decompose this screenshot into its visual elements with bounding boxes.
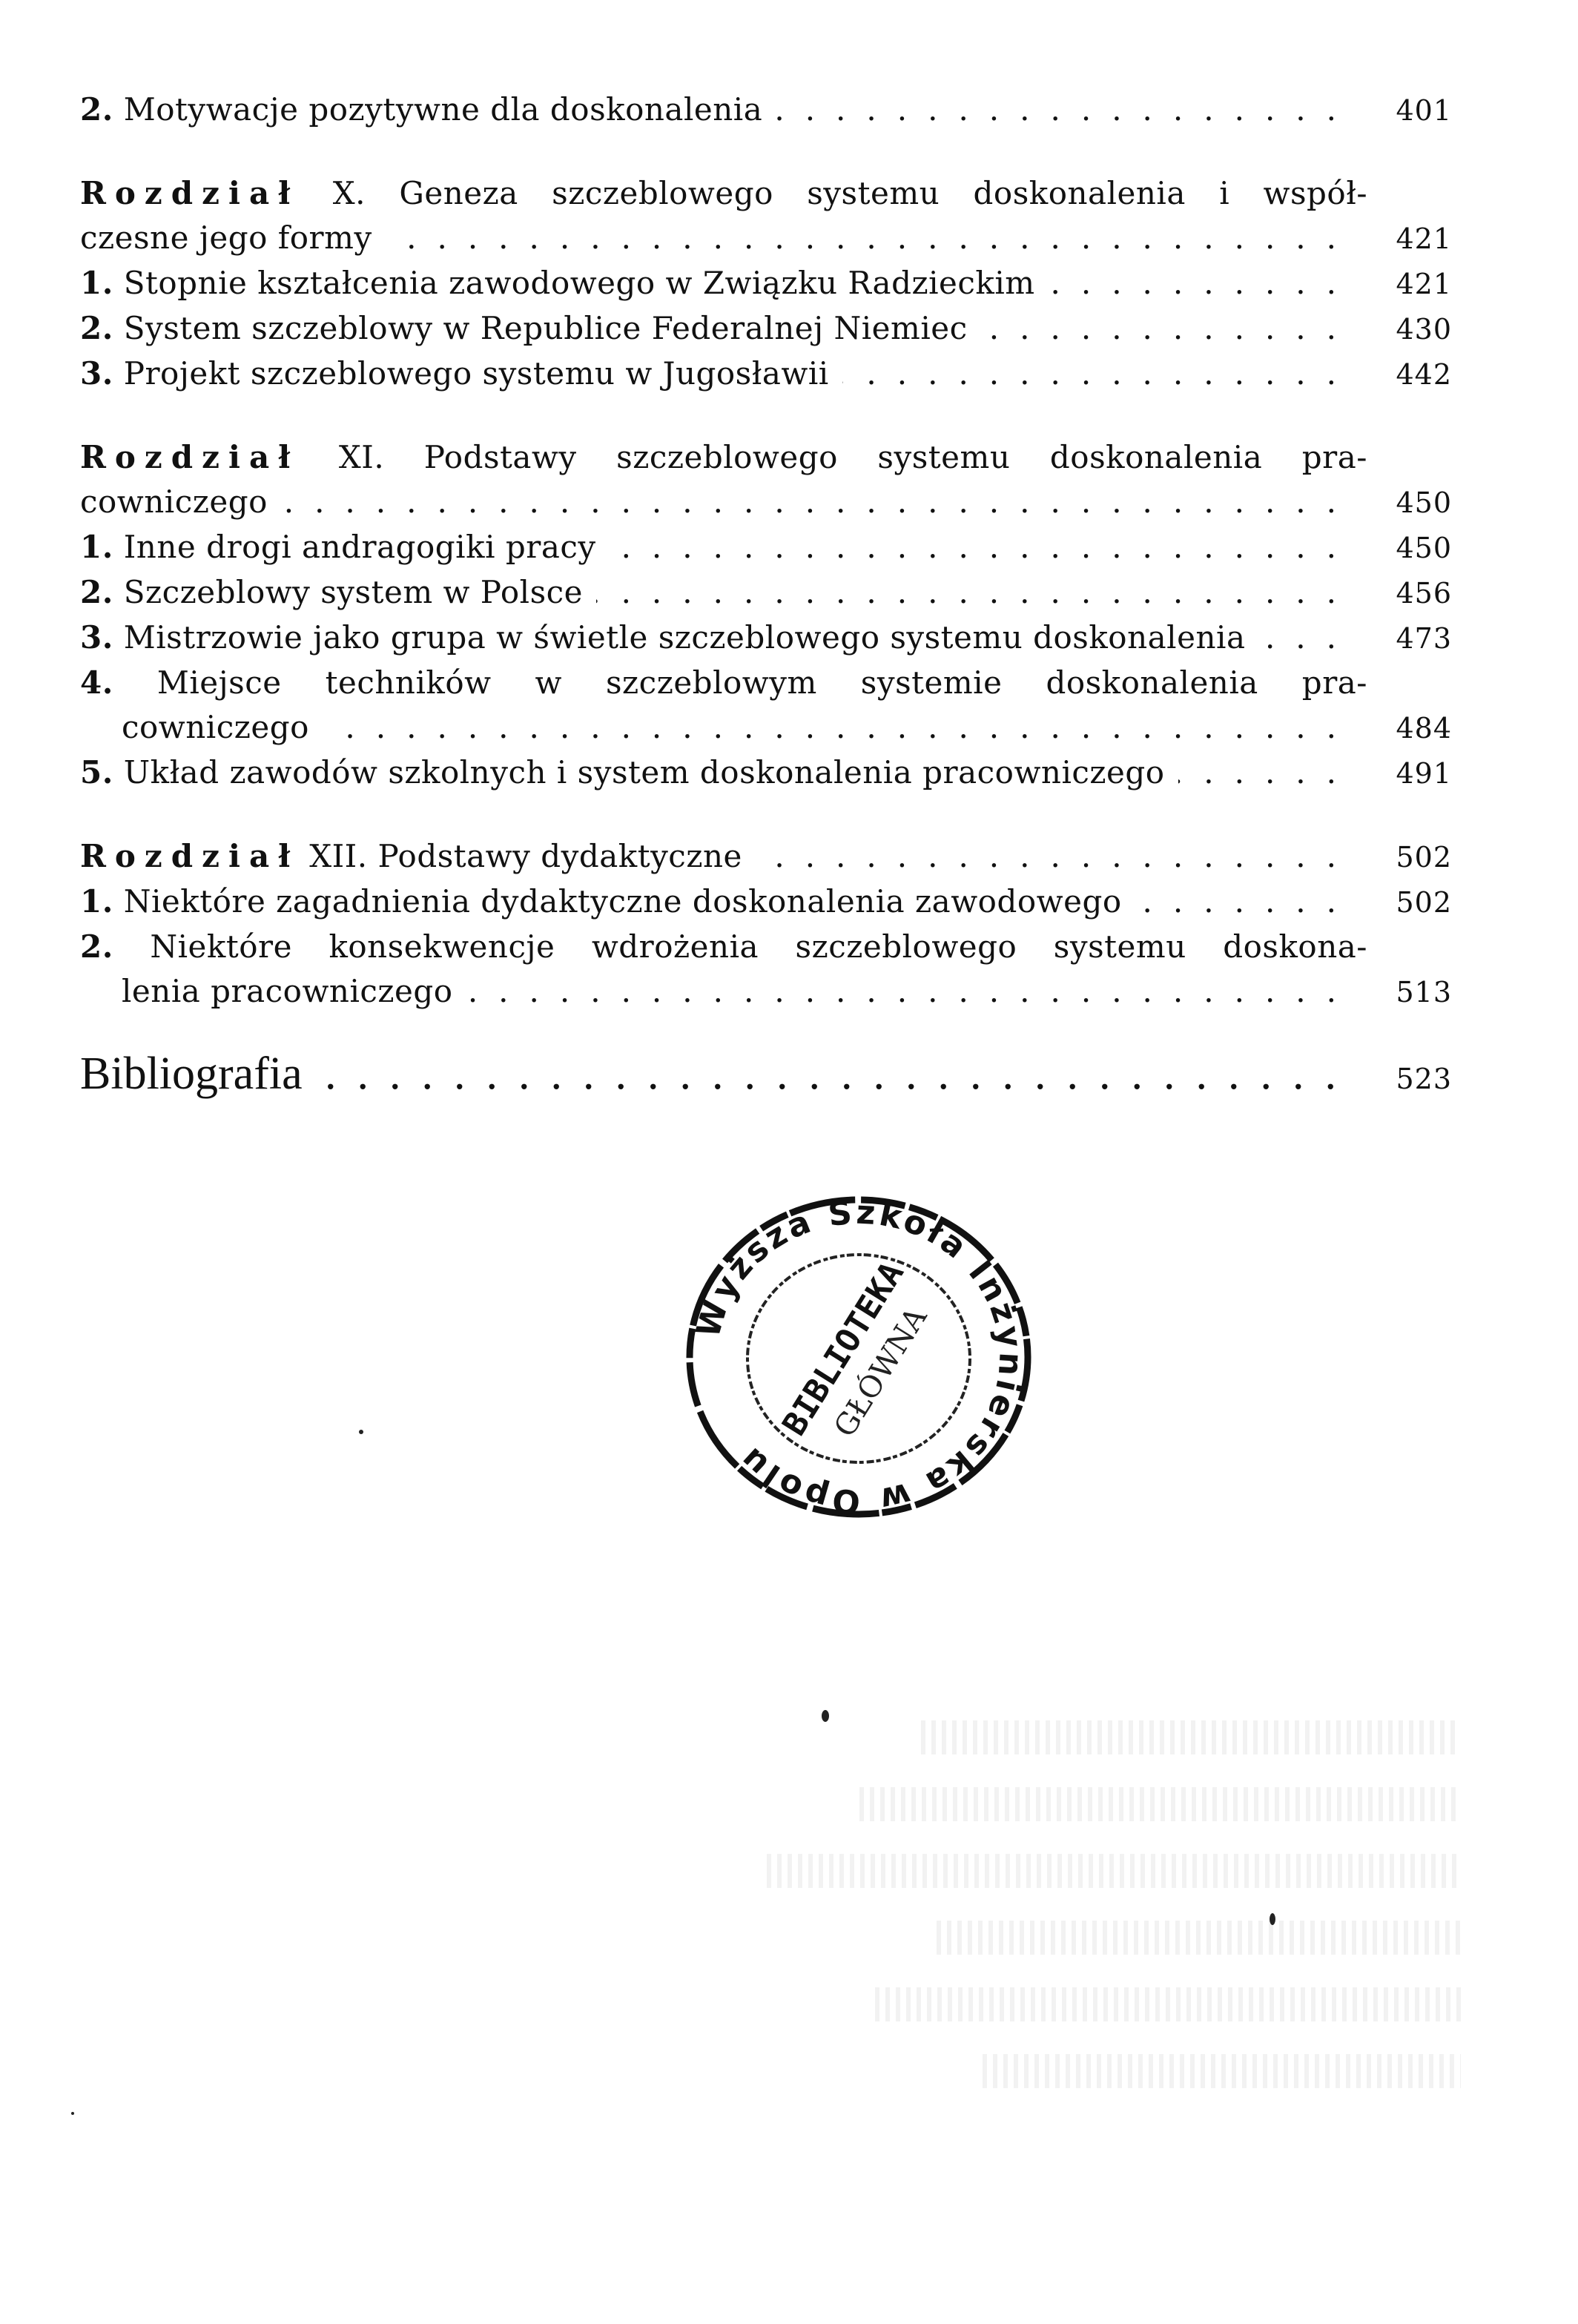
toc-line: lenia pracowniczego.....................… bbox=[80, 969, 1452, 1014]
entry-title-text: Podstawy szczeblowego systemu doskonalen… bbox=[424, 439, 1367, 475]
toc-line: 2. Motywacje pozytywne dla doskonalenia.… bbox=[80, 88, 1452, 133]
page-number: 513 bbox=[1370, 970, 1452, 1014]
page-number: 450 bbox=[1370, 481, 1452, 525]
toc-entry-xii-1: 1. Niektóre zagadnienia dydaktyczne dosk… bbox=[80, 879, 1452, 925]
toc-line: 5. Układ zawodów szkolnych i system dosk… bbox=[80, 750, 1452, 796]
entry-number: X. bbox=[333, 175, 366, 211]
entry-title-text: Układ zawodów szkolnych i system doskona… bbox=[124, 754, 1165, 790]
dot-leader: ........................................… bbox=[316, 1043, 1357, 1105]
toc-line: cowniczego..............................… bbox=[80, 705, 1452, 750]
toc-title: 1. Stopnie kształcenia zawodowego w Zwią… bbox=[80, 261, 1035, 306]
toc-line-continued: 2. Niektóre konsekwencje wdrożenia szcze… bbox=[80, 925, 1452, 969]
toc-line: 1. Stopnie kształcenia zawodowego w Zwią… bbox=[80, 261, 1452, 306]
page-number: 484 bbox=[1370, 706, 1452, 750]
dot-leader: ........................................… bbox=[1259, 615, 1358, 660]
entry-title-text: Mistrzowie jako grupa w świetle szczeblo… bbox=[124, 619, 1246, 656]
entry-title-text: Niektóre zagadnienia dydaktyczne doskona… bbox=[124, 883, 1122, 920]
toc-entry-ch-xi: Rozdział XI. Podstawy szczeblowego syste… bbox=[80, 435, 1452, 525]
chapter-label: Rozdział bbox=[80, 838, 299, 874]
entry-number: 2. bbox=[80, 91, 113, 128]
entry-title-text: Projekt szczeblowego systemu w Jugosławi… bbox=[124, 355, 829, 392]
entry-number: 2. bbox=[80, 574, 113, 610]
entry-number: 1. bbox=[80, 265, 113, 301]
toc-entry-xii-2: 2. Niektóre konsekwencje wdrożenia szcze… bbox=[80, 925, 1452, 1014]
page-number: 450 bbox=[1370, 526, 1452, 570]
toc-entry-ch-xii: Rozdział XII. Podstawy dydaktyczne......… bbox=[80, 834, 1452, 879]
toc-entry-x-1: 1. Stopnie kształcenia zawodowego w Zwią… bbox=[80, 261, 1452, 306]
entry-number: 1. bbox=[80, 529, 113, 565]
entry-number: XI. bbox=[339, 439, 384, 475]
page-number: 456 bbox=[1370, 571, 1452, 615]
toc-title: 5. Układ zawodów szkolnych i system dosk… bbox=[80, 750, 1165, 795]
ink-speck bbox=[359, 1430, 363, 1434]
library-stamp: Wyższa Szkoła Inżynierska w Opolu BIBLIO… bbox=[673, 1186, 1044, 1528]
entry-number: XII. bbox=[309, 838, 367, 874]
toc-line: 1. Inne drogi andragogiki pracy.........… bbox=[80, 525, 1452, 570]
chapter-label: Rozdział bbox=[80, 439, 299, 475]
entry-number: 3. bbox=[80, 355, 113, 392]
toc-line-continued: Rozdział X. Geneza szczeblowego systemu … bbox=[80, 171, 1452, 216]
page-number: 442 bbox=[1370, 352, 1452, 397]
entry-title-text: Szczeblowy system w Polsce bbox=[124, 574, 583, 610]
entry-number: 4. bbox=[80, 664, 113, 701]
toc-title: Rozdział XII. Podstawy dydaktyczne bbox=[80, 834, 742, 879]
toc-entry-ix-2: 2. Motywacje pozytywne dla doskonalenia.… bbox=[80, 88, 1452, 133]
entry-title-text: cowniczego bbox=[80, 483, 268, 520]
entry-title-text: cowniczego bbox=[122, 709, 309, 745]
toc-entry-xi-2: 2. Szczeblowy system w Polsce...........… bbox=[80, 570, 1452, 615]
page-number: 473 bbox=[1370, 616, 1452, 661]
toc-title: 1. Niektóre zagadnienia dydaktyczne dosk… bbox=[80, 879, 1122, 924]
entry-number: 1. bbox=[80, 883, 113, 920]
dot-leader: ........................................… bbox=[776, 88, 1357, 132]
page-number: 502 bbox=[1370, 835, 1452, 879]
toc-title: cowniczego bbox=[80, 480, 268, 524]
page-number: 421 bbox=[1370, 217, 1452, 261]
toc-line: 3. Projekt szczeblowego systemu w Jugosł… bbox=[80, 351, 1452, 397]
toc-title: czesne jego formy bbox=[80, 216, 372, 260]
dot-leader: ........................................… bbox=[466, 969, 1357, 1014]
toc-line: 3. Mistrzowie jako grupa w świetle szcze… bbox=[80, 615, 1452, 661]
toc-title: 2. Niektóre konsekwencje wdrożenia szcze… bbox=[80, 925, 1367, 969]
toc-title: 3. Mistrzowie jako grupa w świetle szcze… bbox=[80, 615, 1246, 660]
toc-entry-xi-3: 3. Mistrzowie jako grupa w świetle szcze… bbox=[80, 615, 1452, 661]
toc-title: Bibliografia bbox=[80, 1043, 303, 1105]
toc-line: czesne jego formy.......................… bbox=[80, 216, 1452, 261]
dot-leader: ........................................… bbox=[323, 705, 1357, 750]
dot-leader: ........................................… bbox=[610, 525, 1357, 570]
entry-title-text: lenia pracowniczego bbox=[122, 973, 453, 1009]
entry-title-text: Podstawy dydaktyczne bbox=[377, 838, 742, 874]
toc-line-continued: Rozdział XI. Podstawy szczeblowego syste… bbox=[80, 435, 1452, 480]
toc-line: cowniczego..............................… bbox=[80, 480, 1452, 525]
toc-entry-x-2: 2. System szczeblowy w Republice Federal… bbox=[80, 306, 1452, 351]
toc-title: lenia pracowniczego bbox=[122, 969, 453, 1014]
entry-title-text: Stopnie kształcenia zawodowego w Związku… bbox=[124, 265, 1035, 301]
toc-entry-xi-1: 1. Inne drogi andragogiki pracy.........… bbox=[80, 525, 1452, 570]
entry-title-text: czesne jego formy bbox=[80, 219, 372, 256]
toc-line: 2. System szczeblowy w Republice Federal… bbox=[80, 306, 1452, 351]
chapter-label: Rozdział bbox=[80, 175, 299, 211]
bleed-through-text bbox=[690, 1720, 1461, 2121]
toc-title: 4. Miejsce techników w szczeblowym syste… bbox=[80, 661, 1367, 705]
page-number: 430 bbox=[1370, 307, 1452, 351]
dot-leader: ........................................… bbox=[842, 351, 1357, 396]
toc-title: 1. Inne drogi andragogiki pracy bbox=[80, 525, 596, 570]
ink-speck bbox=[71, 2112, 74, 2115]
toc-title: 2. Szczeblowy system w Polsce bbox=[80, 570, 583, 615]
toc-title: Rozdział X. Geneza szczeblowego systemu … bbox=[80, 171, 1367, 216]
entry-title-text: System szczeblowy w Republice Federalnej… bbox=[124, 310, 968, 346]
dot-leader: ........................................… bbox=[1135, 879, 1357, 924]
entry-title-text: Inne drogi andragogiki pracy bbox=[124, 529, 596, 565]
scanned-page: 2. Motywacje pozytywne dla doskonalenia.… bbox=[0, 0, 1578, 2324]
toc-title: 2. Motywacje pozytywne dla doskonalenia bbox=[80, 88, 762, 132]
dot-leader: ........................................… bbox=[756, 834, 1357, 879]
entry-number: 2. bbox=[80, 310, 113, 346]
toc-entry-xi-5: 5. Układ zawodów szkolnych i system dosk… bbox=[80, 750, 1452, 796]
entry-title-text: Geneza szczeblowego systemu doskonalenia… bbox=[399, 175, 1367, 211]
entry-title-text: Bibliografia bbox=[80, 1049, 303, 1099]
page-number: 421 bbox=[1370, 262, 1452, 306]
entry-number: 3. bbox=[80, 619, 113, 656]
toc-line: 2. Szczeblowy system w Polsce...........… bbox=[80, 570, 1452, 615]
stamp-seal-icon: Wyższa Szkoła Inżynierska w Opolu BIBLIO… bbox=[673, 1186, 1044, 1528]
dot-leader: ........................................… bbox=[981, 306, 1357, 351]
ink-speck bbox=[1270, 1913, 1275, 1925]
ink-speck bbox=[822, 1710, 829, 1722]
page-number: 491 bbox=[1370, 751, 1452, 796]
toc-line-continued: 4. Miejsce techników w szczeblowym syste… bbox=[80, 661, 1452, 705]
toc-title: 3. Projekt szczeblowego systemu w Jugosł… bbox=[80, 351, 829, 396]
toc-title: cowniczego bbox=[122, 705, 309, 750]
dot-leader: ........................................… bbox=[1178, 750, 1357, 795]
table-of-contents: 2. Motywacje pozytywne dla doskonalenia.… bbox=[80, 88, 1452, 1110]
toc-line: 1. Niektóre zagadnienia dydaktyczne dosk… bbox=[80, 879, 1452, 925]
toc-line: Bibliografia............................… bbox=[80, 1043, 1452, 1110]
entry-title-text: Miejsce techników w szczeblowym systemie… bbox=[157, 664, 1367, 701]
toc-title: 2. System szczeblowy w Republice Federal… bbox=[80, 306, 968, 351]
toc-entry-ch-x: Rozdział X. Geneza szczeblowego systemu … bbox=[80, 171, 1452, 261]
dot-leader: ........................................… bbox=[386, 216, 1357, 260]
toc-entry-x-3: 3. Projekt szczeblowego systemu w Jugosł… bbox=[80, 351, 1452, 397]
toc-entry-bib: Bibliografia............................… bbox=[80, 1043, 1452, 1110]
toc-line: Rozdział XII. Podstawy dydaktyczne......… bbox=[80, 834, 1452, 879]
toc-entry-xi-4: 4. Miejsce techników w szczeblowym syste… bbox=[80, 661, 1452, 750]
entry-title-text: Niektóre konsekwencje wdrożenia szczeblo… bbox=[150, 928, 1367, 965]
dot-leader: ........................................… bbox=[281, 480, 1357, 524]
dot-leader: ........................................… bbox=[1049, 261, 1357, 306]
dot-leader: ........................................… bbox=[596, 570, 1357, 615]
entry-number: 5. bbox=[80, 754, 113, 790]
toc-title: Rozdział XI. Podstawy szczeblowego syste… bbox=[80, 435, 1367, 480]
page-number: 401 bbox=[1370, 88, 1452, 133]
page-number: 523 bbox=[1370, 1048, 1452, 1110]
entry-number: 2. bbox=[80, 928, 113, 965]
page-number: 502 bbox=[1370, 880, 1452, 925]
entry-title-text: Motywacje pozytywne dla doskonalenia bbox=[124, 91, 763, 128]
